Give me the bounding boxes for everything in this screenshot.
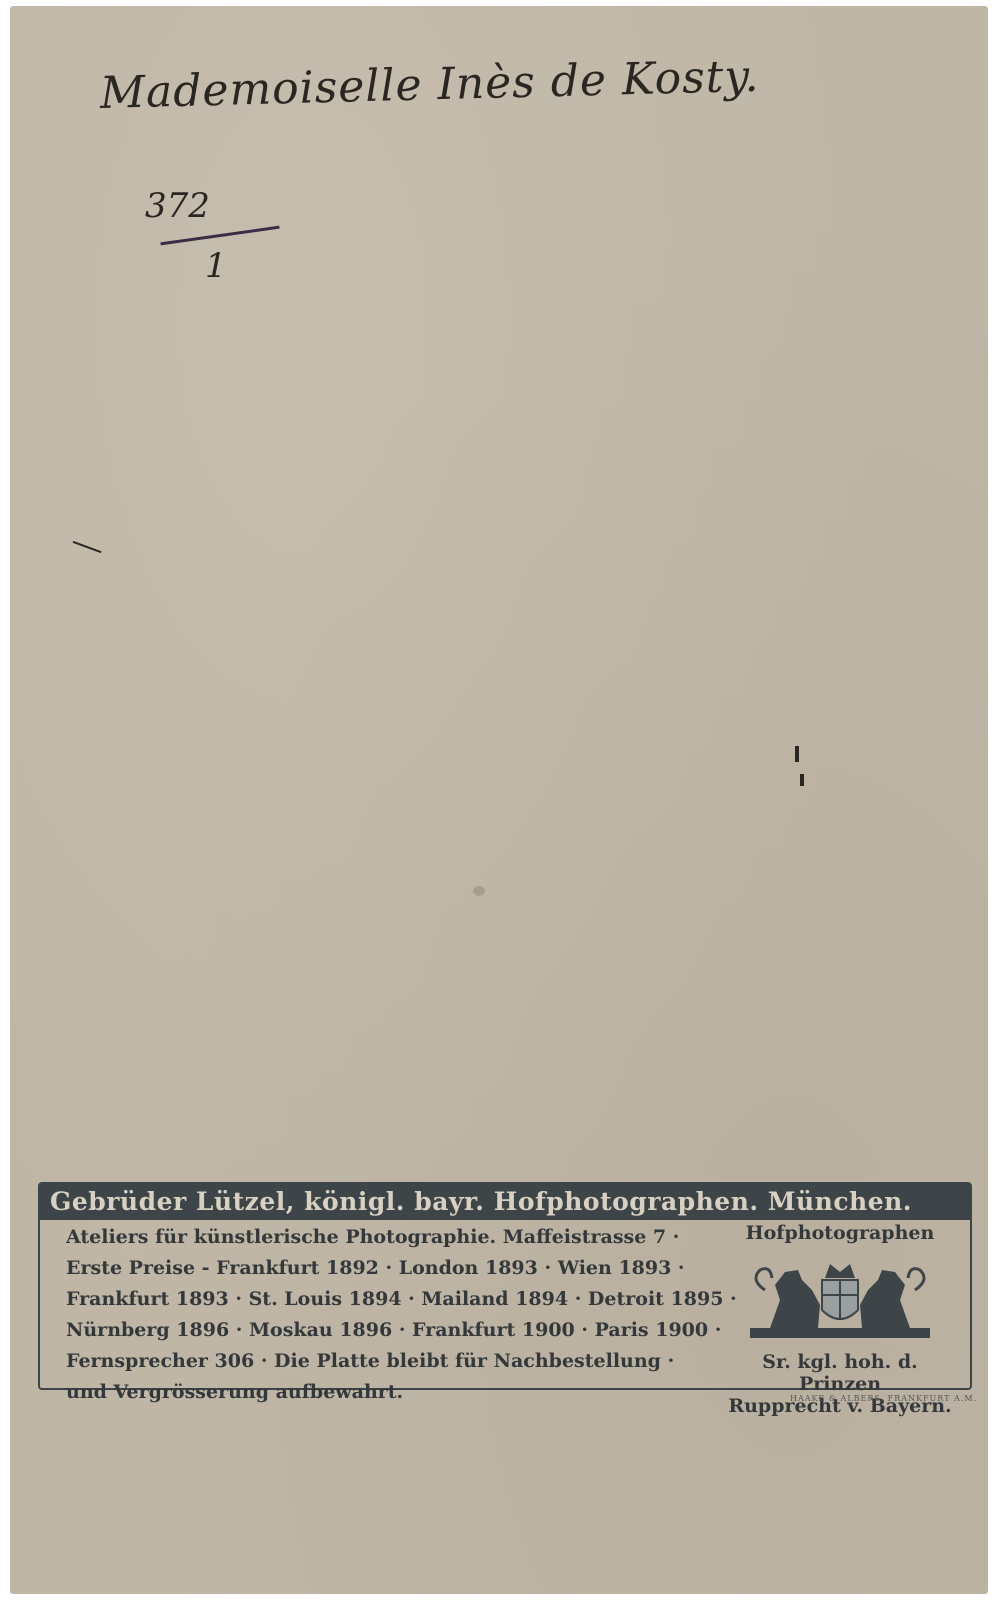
stamp-line: Erste Preise - Frankfurt 1892 · London 1… — [66, 1253, 737, 1284]
handwritten-name: Mademoiselle Inès de Kosty. — [99, 51, 760, 119]
fraction-line — [160, 226, 279, 246]
stamp-line: Nürnberg 1896 · Moskau 1896 · Frankfurt … — [66, 1315, 737, 1346]
stamp-right-column: Hofphotographen Sr. kgl. hoh. d. Prinzen… — [720, 1222, 960, 1417]
stamp-line: Frankfurt 1893 · St. Louis 1894 · Mailan… — [66, 1284, 737, 1315]
stain — [473, 886, 485, 896]
hofphotographen-label: Hofphotographen — [720, 1222, 960, 1244]
prince-line-1: Sr. kgl. hoh. d. Prinzen — [720, 1351, 960, 1395]
stamp-line: und Vergrösserung aufbewahrt. — [66, 1377, 737, 1408]
stamp-text-lines: Ateliers für künstlerische Photographie.… — [66, 1222, 737, 1408]
ink-mark — [73, 541, 102, 553]
coat-of-arms-icon — [740, 1250, 940, 1342]
stamp-line: Fernsprecher 306 · Die Platte bleibt für… — [66, 1346, 737, 1377]
handwritten-number: 372 — [145, 186, 210, 226]
studio-stamp: Gebrüder Lützel, königl. bayr. Hofphotog… — [38, 1182, 972, 1390]
ink-mark — [795, 746, 799, 762]
ink-mark — [800, 774, 804, 786]
stamp-line: Ateliers für künstlerische Photographie.… — [66, 1222, 737, 1253]
handwritten-denominator: 1 — [205, 246, 227, 286]
stamp-header: Gebrüder Lützel, königl. bayr. Hofphotog… — [40, 1184, 970, 1220]
printer-mark: HAAKE & ALBERS, FRANKFURT A.M. — [790, 1394, 977, 1403]
